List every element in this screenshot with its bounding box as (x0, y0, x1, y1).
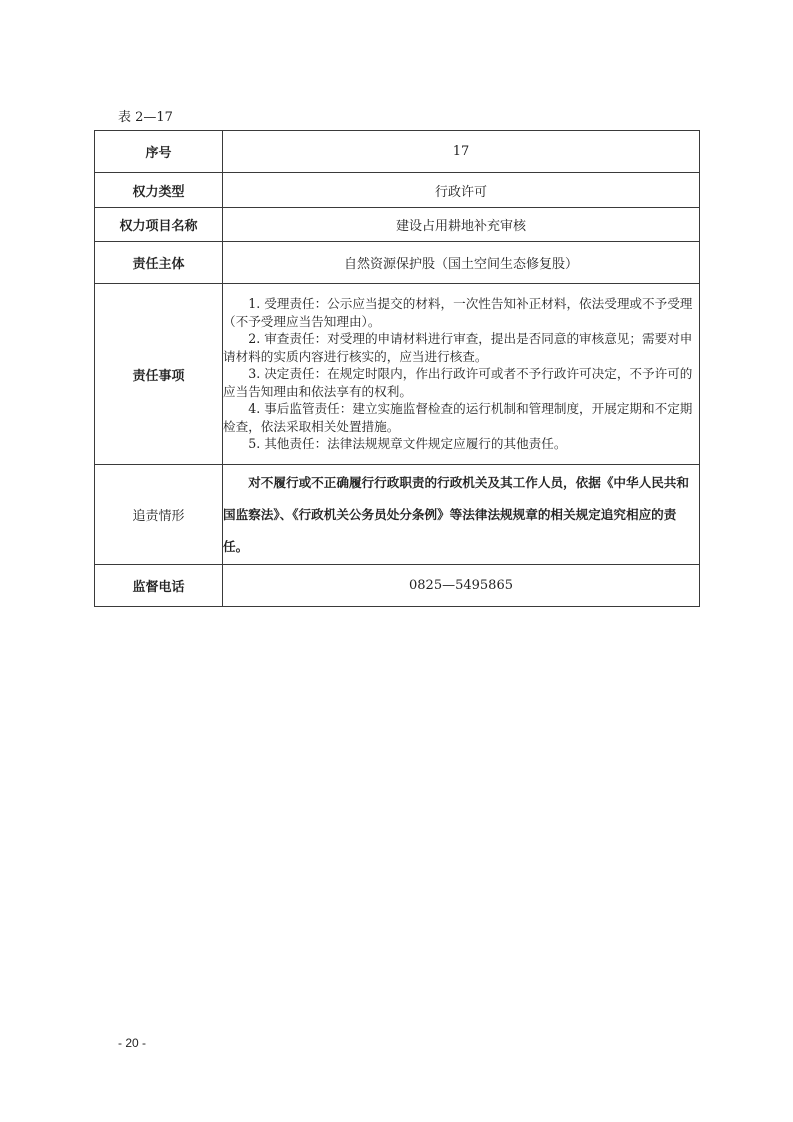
table-row-supervision-phone: 监督电话 0825—5495865 (95, 565, 700, 607)
accountability-label: 追责情形 (95, 465, 223, 565)
supervision-phone-label: 监督电话 (95, 565, 223, 607)
responsibility-item: 2. 审查责任：对受理的申请材料进行审查，提出是否同意的审核意见；需要对申请材料… (223, 330, 699, 365)
page-number: - 20 - (118, 1036, 146, 1050)
serial-label: 序号 (95, 131, 223, 173)
responsibility-table: 序号 17 权力类型 行政许可 权力项目名称 建设占用耕地补充审核 责任主体 自… (94, 130, 700, 607)
accountability-value: 对不履行或不正确履行行政职责的行政机关及其工作人员，依据《中华人民共和国监察法》… (223, 465, 700, 565)
power-type-label: 权力类型 (95, 173, 223, 208)
table-row-serial: 序号 17 (95, 131, 700, 173)
table-row-responsible-body: 责任主体 自然资源保护股（国土空间生态修复股） (95, 242, 700, 284)
power-item-name-label: 权力项目名称 (95, 208, 223, 242)
table-caption: 表 2—17 (118, 106, 173, 125)
table-row-responsibilities: 责任事项 1. 受理责任：公示应当提交的材料，一次性告知补正材料，依法受理或不予… (95, 284, 700, 465)
table-row-accountability: 追责情形 对不履行或不正确履行行政职责的行政机关及其工作人员，依据《中华人民共和… (95, 465, 700, 565)
responsibilities-label: 责任事项 (95, 284, 223, 465)
responsible-body-label: 责任主体 (95, 242, 223, 284)
responsibility-item: 1. 受理责任：公示应当提交的材料，一次性告知补正材料，依法受理或不予受理（不予… (223, 295, 699, 330)
supervision-phone-value: 0825—5495865 (223, 565, 700, 607)
responsible-body-value: 自然资源保护股（国土空间生态修复股） (223, 242, 700, 284)
power-item-name-value: 建设占用耕地补充审核 (223, 208, 700, 242)
power-type-value: 行政许可 (223, 173, 700, 208)
serial-value: 17 (223, 131, 700, 173)
table-row-power-item-name: 权力项目名称 建设占用耕地补充审核 (95, 208, 700, 242)
responsibility-item: 4. 事后监管责任：建立实施监督检查的运行机制和管理制度，开展定期和不定期检查，… (223, 400, 699, 435)
accountability-text: 对不履行或不正确履行行政职责的行政机关及其工作人员，依据《中华人民共和国监察法》… (223, 467, 699, 563)
responsibilities-list: 1. 受理责任：公示应当提交的材料，一次性告知补正材料，依法受理或不予受理（不予… (223, 284, 700, 465)
table-row-power-type: 权力类型 行政许可 (95, 173, 700, 208)
responsibility-item: 3. 决定责任：在规定时限内，作出行政许可或者不予行政许可决定，不予许可的应当告… (223, 365, 699, 400)
responsibility-item: 5. 其他责任：法律法规规章文件规定应履行的其他责任。 (223, 435, 699, 453)
